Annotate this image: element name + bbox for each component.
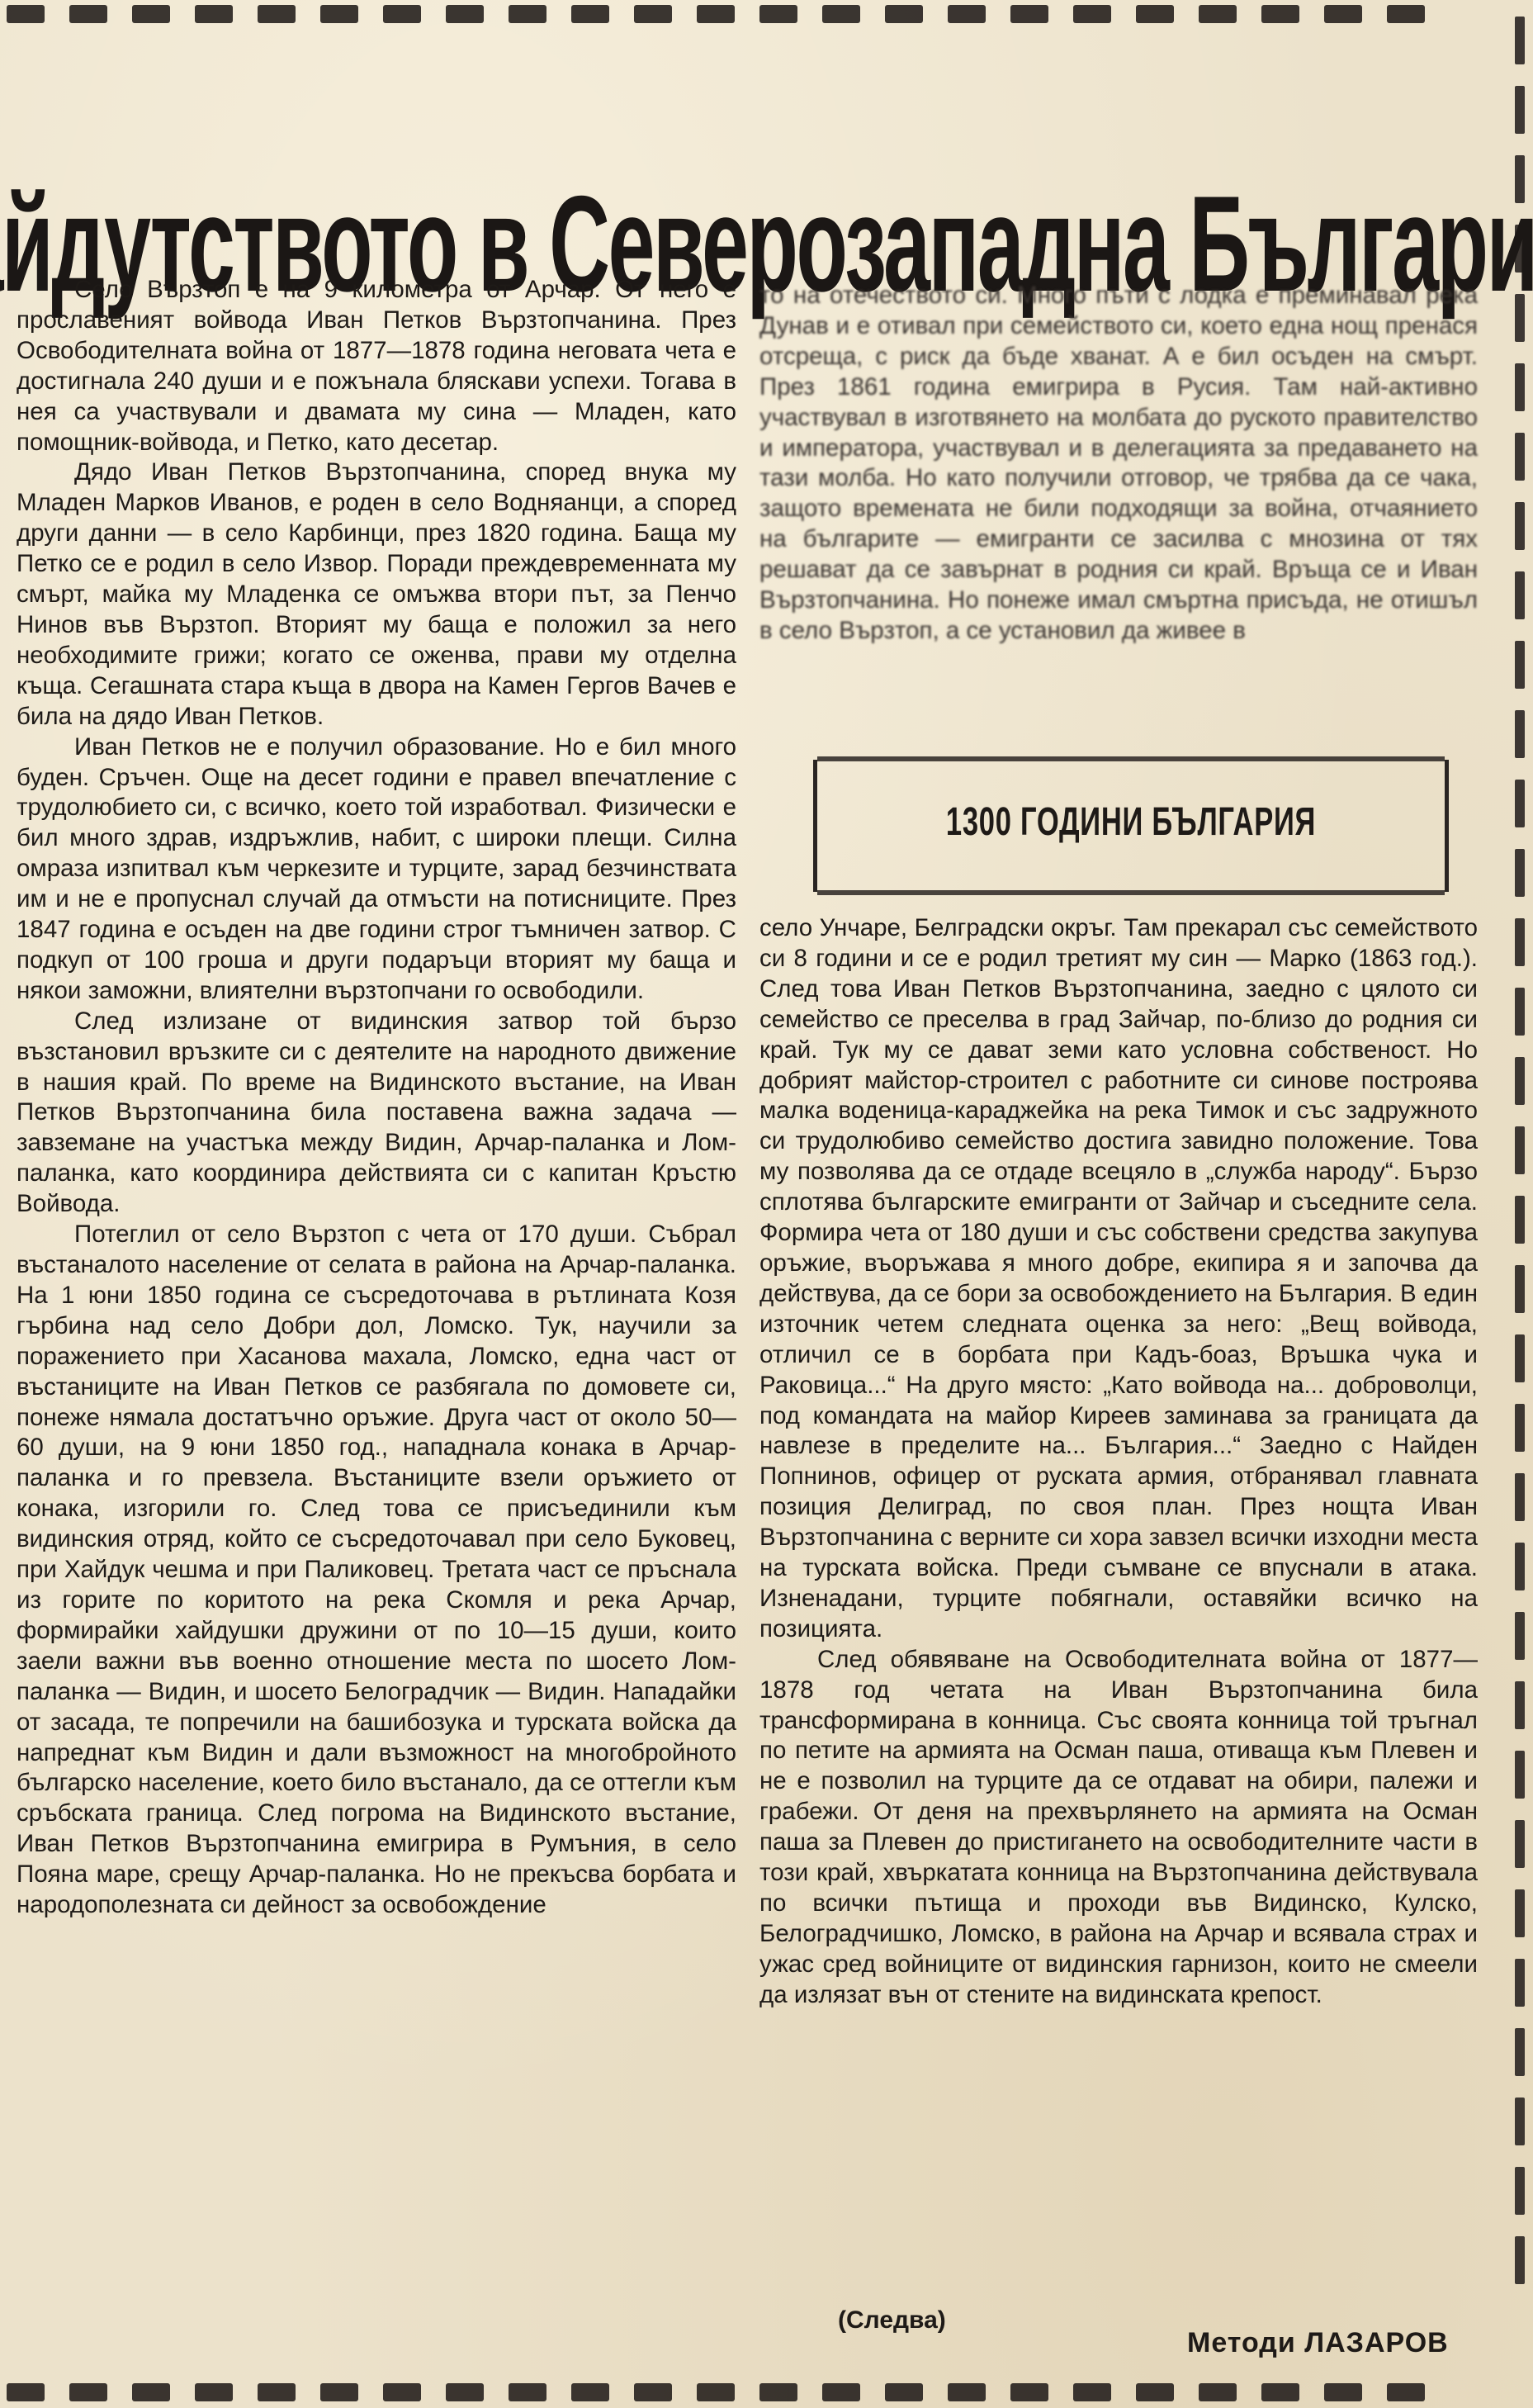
paragraph: Село Вързтоп е на 9 километра от Арчар. …: [17, 275, 736, 457]
paragraph: село Унчаре, Белградски окръг. Там прека…: [759, 913, 1478, 1645]
paragraph: Дядо Иван Петков Вързтопчанина, според в…: [17, 457, 736, 732]
continues-label: (Следва): [838, 2306, 946, 2335]
left-column: Село Вързтоп е на 9 километра от Арчар. …: [17, 275, 736, 1921]
boxout-title: 1300 ГОДИНИ БЪЛГАРИЯ: [905, 799, 1356, 845]
paragraph: Потеглил от село Вързтоп с чета от 170 д…: [17, 1220, 736, 1921]
right-column-top: то на отечеството си. Много пъти с лодка…: [759, 281, 1478, 647]
paragraph: След излизане от видинския затвор той бъ…: [17, 1007, 736, 1220]
paragraph: Иван Петков не е получил образование. Но…: [17, 732, 736, 1007]
paragraph: След обявяване на Освободителната война …: [759, 1645, 1478, 2011]
anniversary-boxout: 1300 ГОДИНИ БЪЛГАРИЯ: [813, 760, 1449, 892]
bottom-border-dashes: [7, 2383, 1493, 2401]
paragraph: то на отечеството си. Много пъти с лодка…: [759, 281, 1478, 647]
right-border-dashes: [1515, 17, 1526, 2391]
author-byline: Методи ЛАЗАРОВ: [1187, 2327, 1449, 2359]
top-border-dashes: [7, 5, 1493, 23]
right-column-bottom: село Унчаре, Белградски окръг. Там прека…: [759, 913, 1478, 2011]
